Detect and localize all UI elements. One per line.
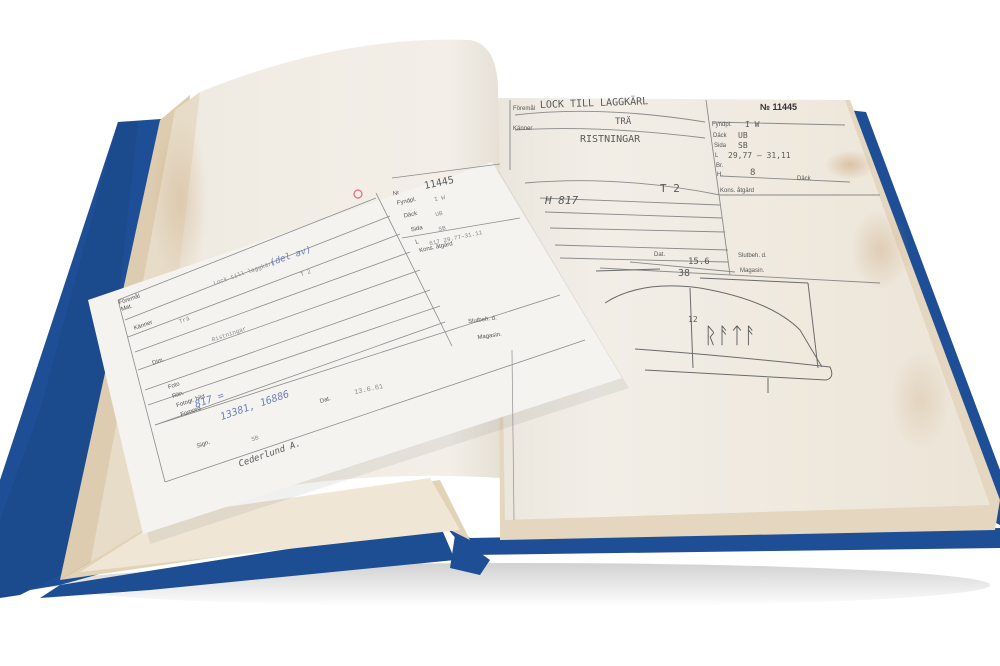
svg-text:Slutbeh. d.: Slutbeh. d. — [738, 253, 767, 259]
svg-text:8: 8 — [750, 168, 755, 178]
svg-text:Känner: Känner — [513, 126, 532, 132]
svg-text:T 2: T 2 — [660, 182, 680, 195]
svg-text:Däck: Däck — [797, 176, 812, 182]
svg-text:ᚱᚨᛏᚨ: ᚱᚨᛏᚨ — [704, 324, 757, 349]
svg-text:H 817: H 817 — [544, 194, 578, 207]
svg-text:Fyndpl.: Fyndpl. — [712, 122, 732, 128]
page-stain — [150, 120, 210, 280]
svg-text:UB: UB — [738, 131, 748, 140]
svg-text:Br.: Br. — [716, 163, 724, 169]
svg-text:Kons. åtgärd: Kons. åtgärd — [720, 187, 754, 194]
svg-text:RISTNINGAR: RISTNINGAR — [580, 134, 641, 145]
page-stain — [850, 210, 910, 290]
page-stain — [825, 150, 875, 180]
svg-text:15.6: 15.6 — [688, 257, 710, 267]
svg-text:Föremål: Föremål — [513, 105, 535, 112]
svg-text:SB: SB — [738, 141, 748, 150]
svg-text:38: 38 — [678, 268, 690, 279]
svg-text:12: 12 — [688, 315, 698, 324]
svg-text:Dat.: Dat. — [654, 252, 665, 258]
photo-scene: Föremål Känner Fyndpl. Däck Sida L Br. H… — [0, 0, 1000, 666]
svg-text:TRÄ: TRÄ — [615, 116, 632, 127]
page-stain — [890, 350, 950, 450]
svg-text:29,77 – 31,11: 29,77 – 31,11 — [728, 151, 791, 160]
svg-text:Sida: Sida — [714, 143, 727, 149]
svg-text:Magasin.: Magasin. — [740, 268, 765, 274]
svg-text:Däck: Däck — [713, 133, 728, 139]
svg-text:H.: H. — [717, 172, 723, 178]
svg-text:№ 11445: № 11445 — [760, 102, 797, 112]
svg-text:I W: I W — [745, 120, 760, 129]
